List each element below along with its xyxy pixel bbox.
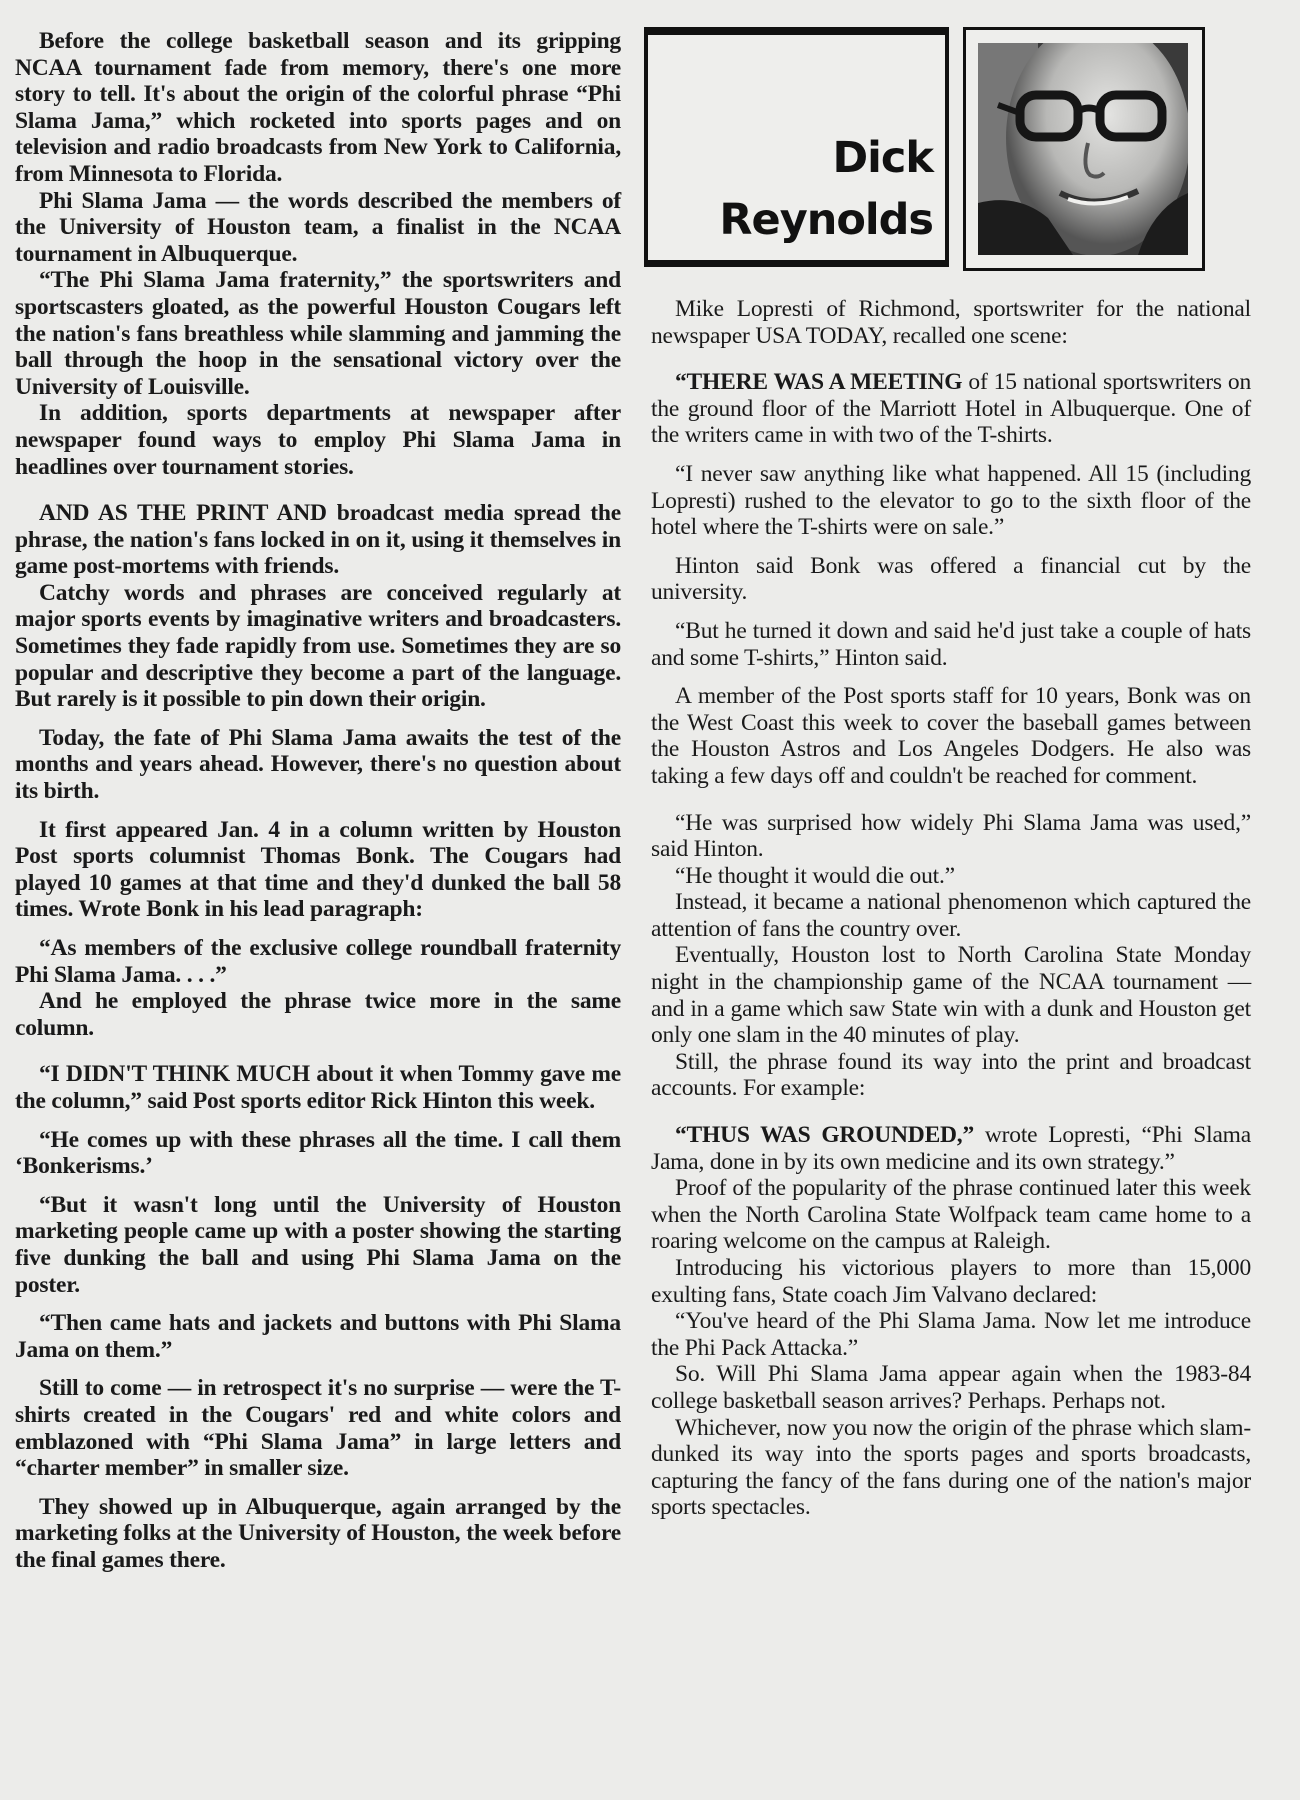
- paragraph-text: They showed up in Albuquerque, again arr…: [15, 1494, 621, 1573]
- paragraph: Proof of the popularity of the phrase co…: [651, 1175, 1251, 1255]
- paragraph-text: So. Will Phi Slama Jama appear again whe…: [651, 1361, 1251, 1414]
- paragraph-text: In addition, sports departments at newsp…: [15, 400, 621, 479]
- paragraph: “But he turned it down and said he'd jus…: [651, 618, 1251, 671]
- paragraph-text: It first appeared Jan. 4 in a column wri…: [15, 817, 621, 923]
- paragraph: “But it wasn't long until the University…: [15, 1192, 621, 1298]
- paragraph-text: Catchy words and phrases are conceived r…: [15, 580, 621, 712]
- columnist-name-box: Dick Reynolds: [644, 27, 949, 267]
- article-right-column: Mike Lopresti of Richmond, sportswriter …: [651, 296, 1251, 1521]
- paragraph: “You've heard of the Phi Slama Jama. Now…: [651, 1308, 1251, 1361]
- paragraph: They showed up in Albuquerque, again arr…: [15, 1494, 621, 1574]
- paragraph: Still to come — in retrospect it's no su…: [15, 1375, 621, 1481]
- paragraph-text: “Then came hats and jackets and buttons …: [15, 1310, 621, 1363]
- paragraph: “Then came hats and jackets and buttons …: [15, 1310, 621, 1363]
- paragraph: Instead, it became a national phenomenon…: [651, 889, 1251, 942]
- paragraph: “He was surprised how widely Phi Slama J…: [651, 810, 1251, 863]
- paragraph: “I DIDN'T THINK MUCH about it when Tommy…: [15, 1061, 621, 1114]
- paragraph: “The Phi Slama Jama fraternity,” the spo…: [15, 267, 621, 400]
- portrait-illustration-icon: [978, 43, 1188, 255]
- paragraph: Phi Slama Jama — the words described the…: [15, 188, 621, 268]
- paragraph-text: “As members of the exclusive college rou…: [15, 935, 621, 988]
- paragraph-text: Eventually, Houston lost to North Caroli…: [651, 942, 1251, 1048]
- paragraph-text: Phi Slama Jama — the words described the…: [15, 188, 621, 267]
- paragraph-text: “The Phi Slama Jama fraternity,” the spo…: [15, 267, 621, 399]
- paragraph-lead: “I DIDN'T THINK MUCH: [39, 1061, 310, 1087]
- paragraph-text: Whichever, now you now the origin of the…: [651, 1415, 1251, 1521]
- paragraph-text: A member of the Post sports staff for 10…: [651, 683, 1251, 789]
- paragraph-text: Introducing his victorious players to mo…: [651, 1255, 1251, 1308]
- paragraph: AND AS THE PRINT AND broadcast media spr…: [15, 500, 621, 580]
- paragraph: Today, the fate of Phi Slama Jama awaits…: [15, 725, 621, 805]
- paragraph-text: “He comes up with these phrases all the …: [15, 1127, 621, 1180]
- paragraph-text: “But he turned it down and said he'd jus…: [651, 618, 1251, 671]
- paragraph-text: “But it wasn't long until the University…: [15, 1192, 621, 1298]
- article-left-column: Before the college basketball season and…: [15, 28, 621, 1573]
- paragraph-text: And he employed the phrase twice more in…: [15, 988, 621, 1041]
- paragraph-text: Still, the phrase found its way into the…: [651, 1049, 1251, 1102]
- paragraph-text: Still to come — in retrospect it's no su…: [15, 1375, 621, 1481]
- paragraph: A member of the Post sports staff for 10…: [651, 683, 1251, 789]
- paragraph-lead: “THERE WAS A MEETING: [675, 369, 962, 395]
- paragraph: Still, the phrase found its way into the…: [651, 1049, 1251, 1102]
- paragraph-text: “He was surprised how widely Phi Slama J…: [651, 810, 1251, 863]
- paragraph-lead: AND AS THE PRINT AND: [39, 500, 327, 526]
- paragraph: “He thought it would die out.”: [651, 863, 1251, 890]
- paragraph: And he employed the phrase twice more in…: [15, 988, 621, 1041]
- paragraph: In addition, sports departments at newsp…: [15, 400, 621, 480]
- paragraph-text: Before the college basketball season and…: [15, 28, 621, 187]
- columnist-name: Dick Reynolds: [719, 127, 933, 251]
- paragraph: Introducing his victorious players to mo…: [651, 1255, 1251, 1308]
- paragraph: Whichever, now you now the origin of the…: [651, 1415, 1251, 1521]
- paragraph: So. Will Phi Slama Jama appear again whe…: [651, 1361, 1251, 1414]
- paragraph-text: “I never saw anything like what happened…: [651, 461, 1251, 540]
- paragraph: Before the college basketball season and…: [15, 28, 621, 188]
- paragraph: Catchy words and phrases are conceived r…: [15, 580, 621, 713]
- paragraph: “I never saw anything like what happened…: [651, 461, 1251, 541]
- paragraph: “THUS WAS GROUNDED,” wrote Lopresti, “Ph…: [651, 1122, 1251, 1175]
- paragraph: “THERE WAS A MEETING of 15 national spor…: [651, 369, 1251, 449]
- paragraph-text: Hinton said Bonk was offered a financial…: [651, 553, 1251, 606]
- columnist-first-name: Dick: [719, 127, 933, 189]
- columnist-photo-frame: [963, 27, 1205, 271]
- paragraph-text: “He thought it would die out.”: [675, 863, 955, 889]
- paragraph-text: Mike Lopresti of Richmond, sportswriter …: [651, 296, 1251, 349]
- paragraph-text: “You've heard of the Phi Slama Jama. Now…: [651, 1308, 1251, 1361]
- columnist-last-name: Reynolds: [719, 189, 933, 251]
- paragraph-text: Instead, it became a national phenomenon…: [651, 889, 1251, 942]
- paragraph-text: Proof of the popularity of the phrase co…: [651, 1175, 1251, 1254]
- columnist-portrait-icon: [978, 43, 1188, 255]
- paragraph: It first appeared Jan. 4 in a column wri…: [15, 817, 621, 923]
- paragraph: “As members of the exclusive college rou…: [15, 935, 621, 988]
- paragraph-text: Today, the fate of Phi Slama Jama awaits…: [15, 725, 621, 804]
- paragraph: “He comes up with these phrases all the …: [15, 1127, 621, 1180]
- paragraph: Mike Lopresti of Richmond, sportswriter …: [651, 296, 1251, 349]
- newspaper-column-page: Before the college basketball season and…: [0, 0, 1300, 1800]
- paragraph: Hinton said Bonk was offered a financial…: [651, 553, 1251, 606]
- paragraph-lead: “THUS WAS GROUNDED,”: [675, 1122, 974, 1148]
- paragraph: Eventually, Houston lost to North Caroli…: [651, 942, 1251, 1048]
